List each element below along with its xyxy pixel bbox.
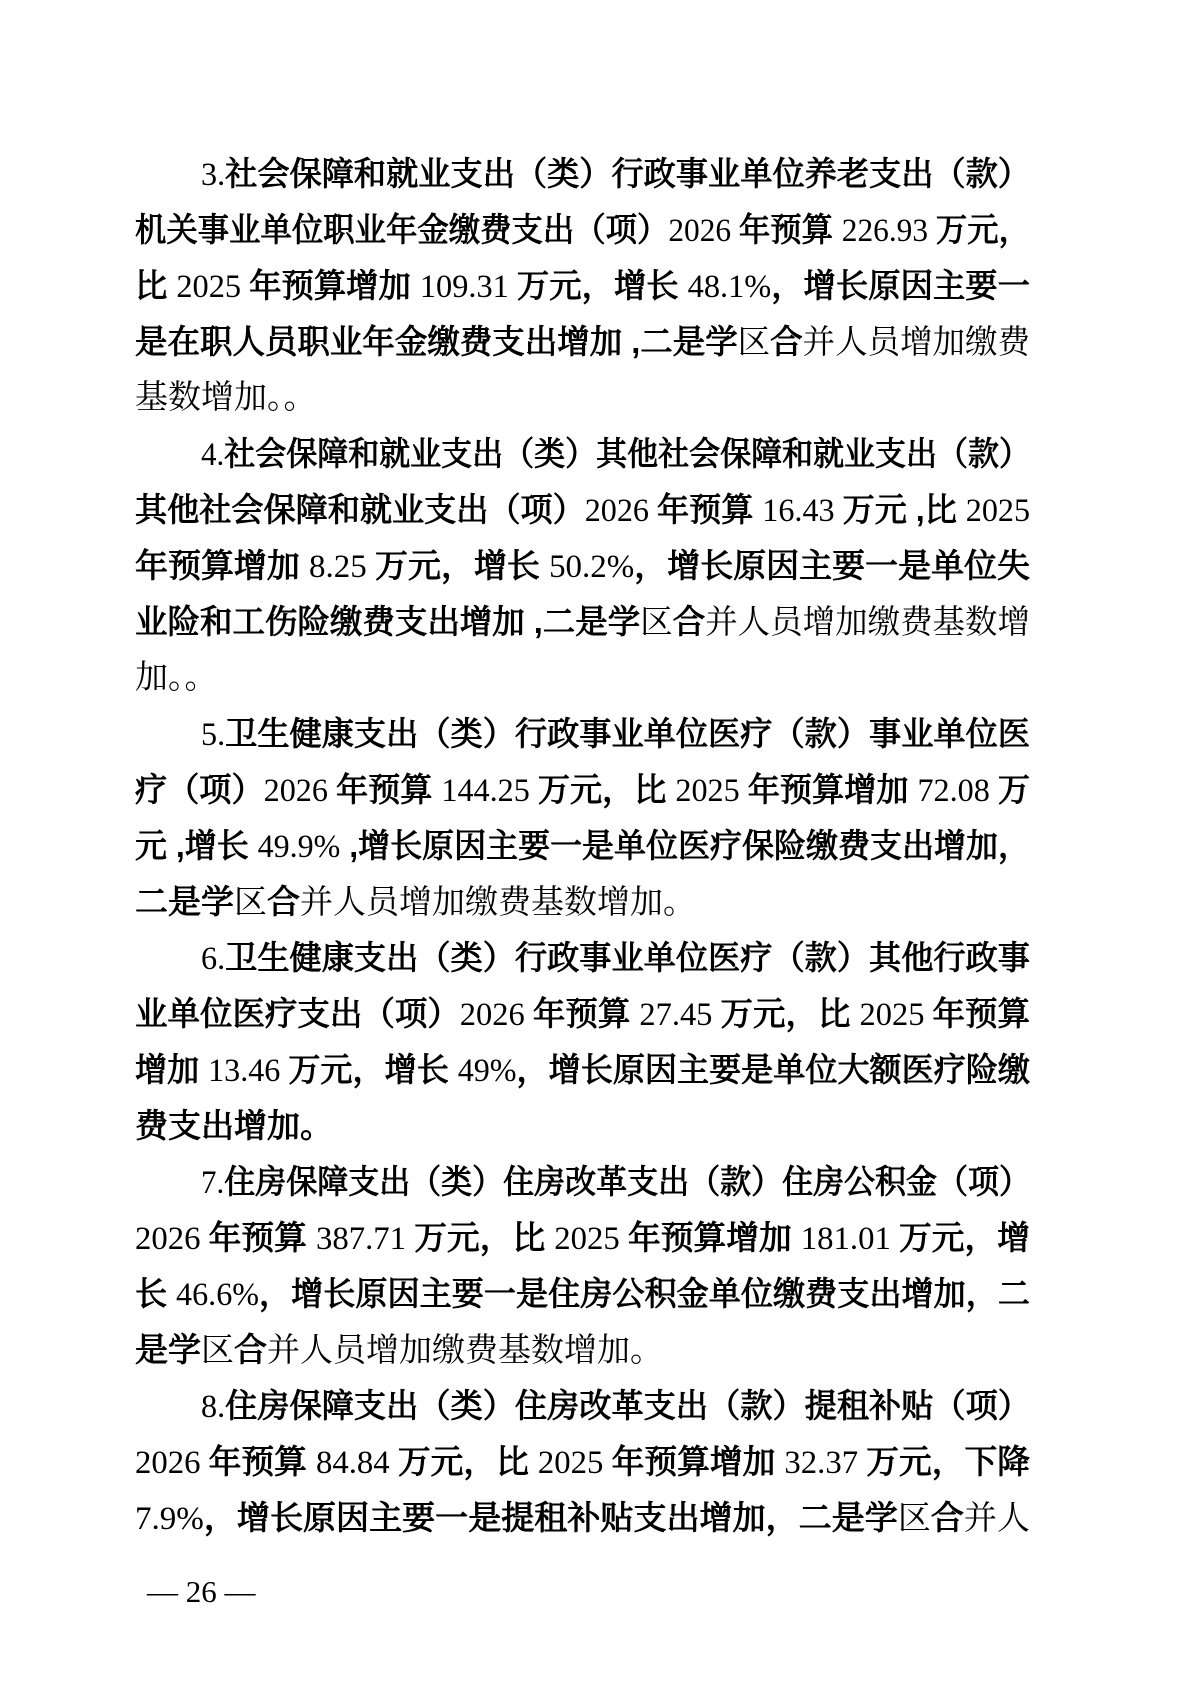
text-line: 其他社会保障和就业支出（项）2026 年预算 16.43 万元 ,比 2025 [135,482,1030,538]
body-text-bold: 年预算增加 [612,1443,785,1480]
number-text: 7. [201,1165,224,1201]
text-line: 7.住房保障支出（类）住房改革支出（款）住房公积金（项） [135,1154,1030,1210]
body-text-light: 区 [201,1333,234,1369]
text-line: 是在职人员职业年金缴费支出增加 ,二是学区合并人员增加缴费 [135,314,1030,370]
body-text-bold: 万元，下降 [866,1443,1030,1480]
body-text-light: 基数增加。。 [135,380,317,416]
number-text: 13.46 [208,1053,288,1089]
text-line-content: 6.卫生健康支出（类）行政事业单位医疗（款）其他行政事 [201,930,1030,987]
body-text-bold: 增加 [135,1051,208,1088]
paragraph: 7.住房保障支出（类）住房改革支出（款）住房公积金（项）2026 年预算 387… [135,1154,1030,1378]
number-text: 2026 [135,1445,209,1481]
text-line-content: 年预算增加 8.25 万元，增长 50.2%，增长原因主要一是单位失 [135,538,1030,595]
paragraph: 4.社会保障和就业支出（类）其他社会保障和就业支出（款）其他社会保障和就业支出（… [135,426,1030,706]
body-text-light: 并人 [964,1501,1030,1537]
number-text: 48.1% [688,269,772,305]
body-text-bold: 住房保障支出（类）住房改革支出（款）住房公积金（项） [224,1163,1030,1200]
paragraph: 6.卫生健康支出（类）行政事业单位医疗（款）其他行政事业单位医疗支出（项）202… [135,930,1030,1154]
text-line: 机关事业单位职业年金缴费支出（项）2026 年预算 226.93 万元， [135,202,1030,258]
text-line-content: 7.住房保障支出（类）住房改革支出（款）住房公积金（项） [201,1154,1030,1211]
text-line: 费支出增加。 [135,1098,1030,1154]
body-text-bold: ，增长原因主要一是提租补贴支出增加，二是学 [204,1499,898,1536]
body-text-bold: 其他社会保障和就业支出（项） [135,491,585,528]
text-line: 6.卫生健康支出（类）行政事业单位医疗（款）其他行政事 [135,930,1030,986]
text-line-content: 业单位医疗支出（项）2026 年预算 27.45 万元，比 2025 年预算 [135,986,1030,1043]
page-number-footer: — 26 — [147,1572,256,1612]
number-text: 8. [201,1389,225,1425]
number-text: 72.08 [917,773,997,809]
body-text-bold: 年预算 [336,771,441,808]
body-text-bold: 年预算 [209,1443,316,1480]
number-text: 7.9% [135,1501,204,1537]
body-text-light: 并人员增加缴费基数增 [705,605,1030,641]
number-text: 2025 [176,269,249,305]
body-text-bold: 合 [770,323,802,360]
body-text-bold: 万元，增长 [517,267,688,304]
text-line: 4.社会保障和就业支出（类）其他社会保障和就业支出（款） [135,426,1030,482]
text-line: 二是学区合并人员增加缴费基数增加。 [135,874,1030,930]
document-body: 3.社会保障和就业支出（类）行政事业单位养老支出（款）机关事业单位职业年金缴费支… [135,146,1030,1546]
body-text-bold: 是在职人员职业年金缴费支出增加 ,二是学 [135,323,738,360]
text-line: 增加 13.46 万元，增长 49%，增长原因主要是单位大额医疗险缴 [135,1042,1030,1098]
number-text: 2025 [675,773,747,809]
body-text-bold: ，增长原因主要一是单位失 [634,547,1030,584]
number-text: 16.43 [762,493,842,529]
text-line-content: 比 2025 年预算增加 109.31 万元，增长 48.1%，增长原因主要一 [135,258,1030,315]
paragraph: 8.住房保障支出（类）住房改革支出（款）提租补贴（项）2026 年预算 84.8… [135,1378,1030,1546]
body-text-bold: 万元，增 [899,1219,1030,1256]
body-text-bold: 年预算 [533,995,639,1032]
body-text-bold: 卫生健康支出（类）行政事业单位医疗（款）事业单位医 [225,715,1030,752]
text-line-content: 费支出增加。 [135,1098,333,1155]
body-text-bold: 万元，增长 [288,1051,457,1088]
number-text: 226.93 [842,213,936,249]
body-text-bold: 万 [998,771,1030,808]
text-line-content: 增加 13.46 万元，增长 49%，增长原因主要是单位大额医疗险缴 [135,1042,1030,1099]
body-text-bold: 机关事业单位职业年金缴费支出（项） [135,211,668,248]
body-text-bold: 业单位医疗支出（项） [135,995,460,1032]
text-line: 2026 年预算 387.71 万元，比 2025 年预算增加 181.01 万… [135,1210,1030,1266]
body-text-bold: 合 [234,1331,267,1368]
number-text: 2026 [135,1221,209,1257]
document-page: 3.社会保障和就业支出（类）行政事业单位养老支出（款）机关事业单位职业年金缴费支… [0,0,1190,1683]
body-text-bold: 卫生健康支出（类）行政事业单位医疗（款）其他行政事 [225,939,1030,976]
number-text: 4. [201,437,224,473]
number-text: 387.71 [316,1221,414,1257]
body-text-light: 区 [234,885,267,921]
body-text-bold: 年预算 [739,211,842,248]
body-text-bold: 年预算 [209,1219,316,1256]
body-text-bold: 年预算增加 [249,267,420,304]
text-line: 长 46.6%，增长原因主要一是住房公积金单位缴费支出增加，二 [135,1266,1030,1322]
text-line: 7.9%，增长原因主要一是提租补贴支出增加，二是学区合并人 [135,1490,1030,1546]
text-line-content: 元 ,增长 49.9% ,增长原因主要一是单位医疗保险缴费支出增加， [135,818,1030,875]
number-text: 109.31 [420,269,517,305]
text-line-content: 基数增加。。 [135,370,317,426]
text-line-content: 长 46.6%，增长原因主要一是住房公积金单位缴费支出增加，二 [135,1266,1030,1323]
body-text-bold: 社会保障和就业支出（类）其他社会保障和就业支出（款） [224,435,1030,472]
number-text: 2026 [585,493,657,529]
number-text: 2026 [668,213,739,249]
text-line-content: 2026 年预算 84.84 万元，比 2025 年预算增加 32.37 万元，… [135,1434,1030,1491]
number-text: 2025 [966,493,1030,529]
body-text-bold: 合 [931,1499,964,1536]
body-text-bold: 长 [135,1275,176,1312]
text-line-content: 业险和工伤险缴费支出增加 ,二是学区合并人员增加缴费基数增 [135,594,1030,651]
body-text-light: 并人员增加缴费基数增加。 [300,885,696,921]
body-text-bold: 合 [673,603,705,640]
number-text: 50.2% [549,549,634,585]
text-line-content: 4.社会保障和就业支出（类）其他社会保障和就业支出（款） [201,426,1030,483]
number-text: 84.84 [316,1445,398,1481]
body-text-bold: ，增长原因主要是单位大额医疗险缴 [517,1051,1030,1088]
text-line: 3.社会保障和就业支出（类）行政事业单位养老支出（款） [135,146,1030,202]
text-line: 业险和工伤险缴费支出增加 ,二是学区合并人员增加缴费基数增 [135,594,1030,650]
body-text-bold: 万元，比 [538,771,676,808]
body-text-bold: 年预算增加 [135,547,309,584]
body-text-bold: 年预算 [657,491,762,528]
body-text-bold: 疗（项） [135,771,264,808]
text-line: 比 2025 年预算增加 109.31 万元，增长 48.1%，增长原因主要一 [135,258,1030,314]
body-text-light: 加。。 [135,660,218,696]
body-text-bold: 年预算 [933,995,1030,1032]
number-text: 27.45 [639,997,720,1033]
text-line: 疗（项）2026 年预算 144.25 万元，比 2025 年预算增加 72.0… [135,762,1030,818]
text-line-content: 2026 年预算 387.71 万元，比 2025 年预算增加 181.01 万… [135,1210,1030,1267]
body-text-bold: 万元，比 [398,1443,538,1480]
number-text: 2025 [859,997,932,1033]
text-line: 元 ,增长 49.9% ,增长原因主要一是单位医疗保险缴费支出增加， [135,818,1030,874]
text-line-content: 其他社会保障和就业支出（项）2026 年预算 16.43 万元 ,比 2025 [135,482,1030,539]
number-text: 2025 [554,1221,628,1257]
number-text: 2026 [460,997,533,1033]
body-text-bold: 年预算增加 [628,1219,801,1256]
body-text-bold: 社会保障和就业支出（类）行政事业单位养老支出（款） [225,155,1030,192]
body-text-bold: ，增长原因主要一 [771,267,1030,304]
body-text-bold: 万元，增长 [375,547,549,584]
text-line: 是学区合并人员增加缴费基数增加。 [135,1322,1030,1378]
number-text: 181.01 [801,1221,899,1257]
text-line-content: 加。。 [135,650,218,706]
text-line-content: 8.住房保障支出（类）住房改革支出（款）提租补贴（项） [201,1378,1030,1435]
paragraph: 3.社会保障和就业支出（类）行政事业单位养老支出（款）机关事业单位职业年金缴费支… [135,146,1030,426]
text-line-content: 是学区合并人员增加缴费基数增加。 [135,1322,663,1379]
body-text-bold: 业险和工伤险缴费支出增加 ,二是学 [135,603,640,640]
body-text-light: 区 [640,605,672,641]
number-text: 32.37 [784,1445,866,1481]
number-text: 49.9% [258,829,341,865]
body-text-light: 区 [738,325,770,361]
text-line: 年预算增加 8.25 万元，增长 50.2%，增长原因主要一是单位失 [135,538,1030,594]
body-text-bold: 万元 ,比 [843,491,966,528]
number-text: 46.6% [176,1277,259,1313]
number-text: 144.25 [441,773,537,809]
number-text: 49% [458,1053,517,1089]
body-text-bold: 万元， [936,211,1030,248]
body-text-bold: ，增长原因主要一是住房公积金单位缴费支出增加，二 [259,1275,1030,1312]
body-text-bold: 住房保障支出（类）住房改革支出（款）提租补贴（项） [225,1387,1030,1424]
body-text-light: 区 [898,1501,931,1537]
text-line-content: 是在职人员职业年金缴费支出增加 ,二是学区合并人员增加缴费 [135,314,1030,371]
body-text-light: 并人员增加缴费 [803,325,1030,361]
text-line: 8.住房保障支出（类）住房改革支出（款）提租补贴（项） [135,1378,1030,1434]
text-line: 2026 年预算 84.84 万元，比 2025 年预算增加 32.37 万元，… [135,1434,1030,1490]
text-line-content: 二是学区合并人员增加缴费基数增加。 [135,874,696,931]
body-text-bold: 合 [267,883,300,920]
text-line-content: 7.9%，增长原因主要一是提租补贴支出增加，二是学区合并人 [135,1490,1030,1547]
number-text: 2025 [538,1445,612,1481]
body-text-bold: 年预算增加 [748,771,918,808]
number-text: 8.25 [309,549,375,585]
body-text-bold: 是学 [135,1331,201,1368]
text-line: 基数增加。。 [135,370,1030,426]
body-text-bold: 二是学 [135,883,234,920]
paragraph: 5.卫生健康支出（类）行政事业单位医疗（款）事业单位医疗（项）2026 年预算 … [135,706,1030,930]
body-text-bold: 比 [135,267,176,304]
number-text: 6. [201,941,225,977]
text-line-content: 疗（项）2026 年预算 144.25 万元，比 2025 年预算增加 72.0… [135,762,1030,819]
body-text-bold: ,增长原因主要一是单位医疗保险缴费支出增加， [340,827,1030,864]
text-line-content: 机关事业单位职业年金缴费支出（项）2026 年预算 226.93 万元， [135,202,1030,259]
body-text-bold: 费支出增加。 [135,1107,333,1144]
text-line: 业单位医疗支出（项）2026 年预算 27.45 万元，比 2025 年预算 [135,986,1030,1042]
text-line: 5.卫生健康支出（类）行政事业单位医疗（款）事业单位医 [135,706,1030,762]
number-text: 3. [201,157,225,193]
text-line-content: 5.卫生健康支出（类）行政事业单位医疗（款）事业单位医 [201,706,1030,763]
body-text-bold: 元 ,增长 [135,827,258,864]
number-text: 5. [201,717,225,753]
body-text-light: 并人员增加缴费基数增加。 [267,1333,663,1369]
number-text: 2026 [264,773,336,809]
text-line: 加。。 [135,650,1030,706]
body-text-bold: 万元，比 [414,1219,554,1256]
text-line-content: 3.社会保障和就业支出（类）行政事业单位养老支出（款） [201,146,1030,203]
body-text-bold: 万元，比 [721,995,860,1032]
